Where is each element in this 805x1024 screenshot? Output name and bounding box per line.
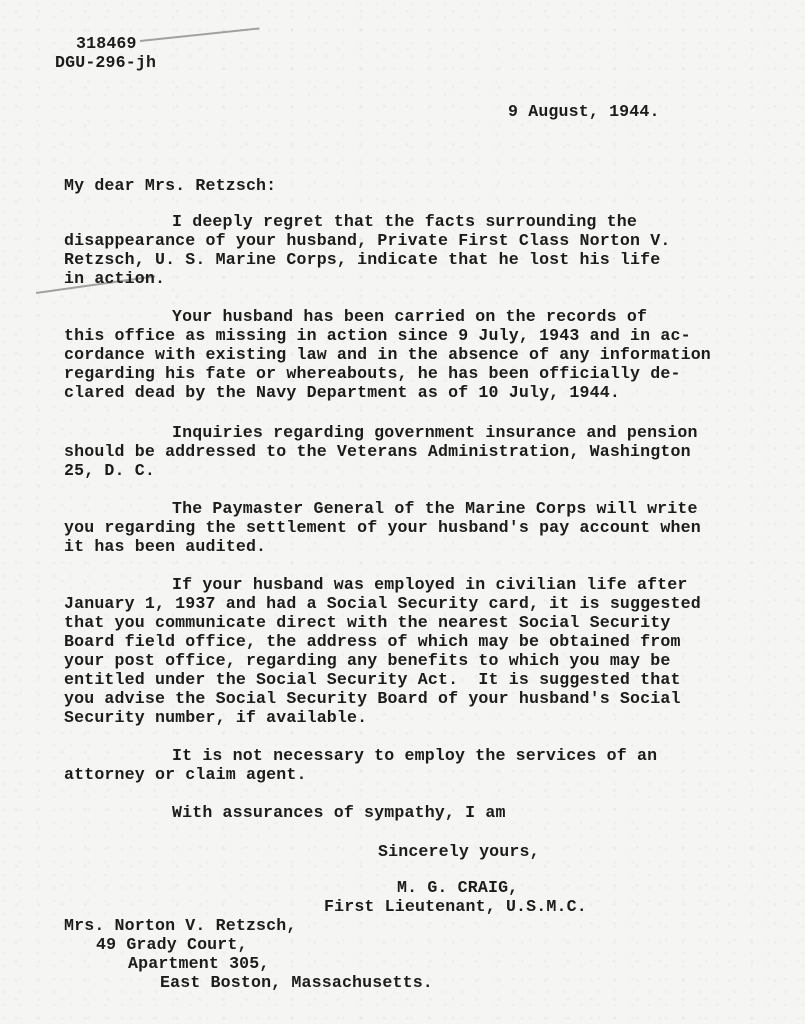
recipient-name: Mrs. Norton V. Retzsch, — [64, 916, 296, 935]
paragraph-line: that you communicate direct with the nea… — [64, 613, 670, 632]
paragraph-line: Your husband has been carried on the rec… — [172, 307, 647, 326]
signer-name: M. G. CRAIG, — [397, 878, 518, 897]
closing-sympathy: With assurances of sympathy, I am — [172, 803, 506, 822]
paragraph-line: regarding his fate or whereabouts, he ha… — [64, 364, 681, 383]
paragraph-line: 25, D. C. — [64, 461, 155, 480]
salutation: My dear Mrs. Retzsch: — [64, 176, 276, 195]
stray-pen-mark — [140, 27, 260, 42]
paragraph-line: you regarding the settlement of your hus… — [64, 518, 701, 537]
paragraph-line: disappearance of your husband, Private F… — [64, 231, 670, 250]
paragraph-line: in action. — [64, 269, 165, 288]
paragraph-line: cordance with existing law and in the ab… — [64, 345, 711, 364]
recipient-city: East Boston, Massachusetts. — [160, 973, 433, 992]
paragraph-line: you advise the Social Security Board of … — [64, 689, 681, 708]
paragraph-line: Inquiries regarding government insurance… — [172, 423, 698, 442]
paragraph-line: The Paymaster General of the Marine Corp… — [172, 499, 698, 518]
paragraph-line: your post office, regarding any benefits… — [64, 651, 670, 670]
recipient-street: 49 Grady Court, — [96, 935, 248, 954]
file-number: 318469 — [76, 34, 137, 53]
paragraph-line: I deeply regret that the facts surroundi… — [172, 212, 637, 231]
paragraph-line: should be addressed to the Veterans Admi… — [64, 442, 691, 461]
paragraph-line: It is not necessary to employ the servic… — [172, 746, 657, 765]
paragraph-line: it has been audited. — [64, 537, 266, 556]
recipient-apartment: Apartment 305, — [128, 954, 270, 973]
letter-page: 318469 DGU-296-jh 9 August, 1944. My dea… — [0, 0, 805, 1024]
reference-code: DGU-296-jh — [55, 53, 156, 72]
paragraph-line: January 1, 1937 and had a Social Securit… — [64, 594, 701, 613]
valediction: Sincerely yours, — [378, 842, 540, 861]
signer-title: First Lieutenant, U.S.M.C. — [324, 897, 587, 916]
paragraph-line: Security number, if available. — [64, 708, 367, 727]
paragraph-line: clared dead by the Navy Department as of… — [64, 383, 620, 402]
letter-date: 9 August, 1944. — [508, 102, 660, 121]
paragraph-line: entitled under the Social Security Act. … — [64, 670, 681, 689]
paragraph-line: this office as missing in action since 9… — [64, 326, 691, 345]
paragraph-line: attorney or claim agent. — [64, 765, 307, 784]
paragraph-line: Board field office, the address of which… — [64, 632, 681, 651]
paragraph-line: If your husband was employed in civilian… — [172, 575, 688, 594]
paragraph-line: Retzsch, U. S. Marine Corps, indicate th… — [64, 250, 660, 269]
